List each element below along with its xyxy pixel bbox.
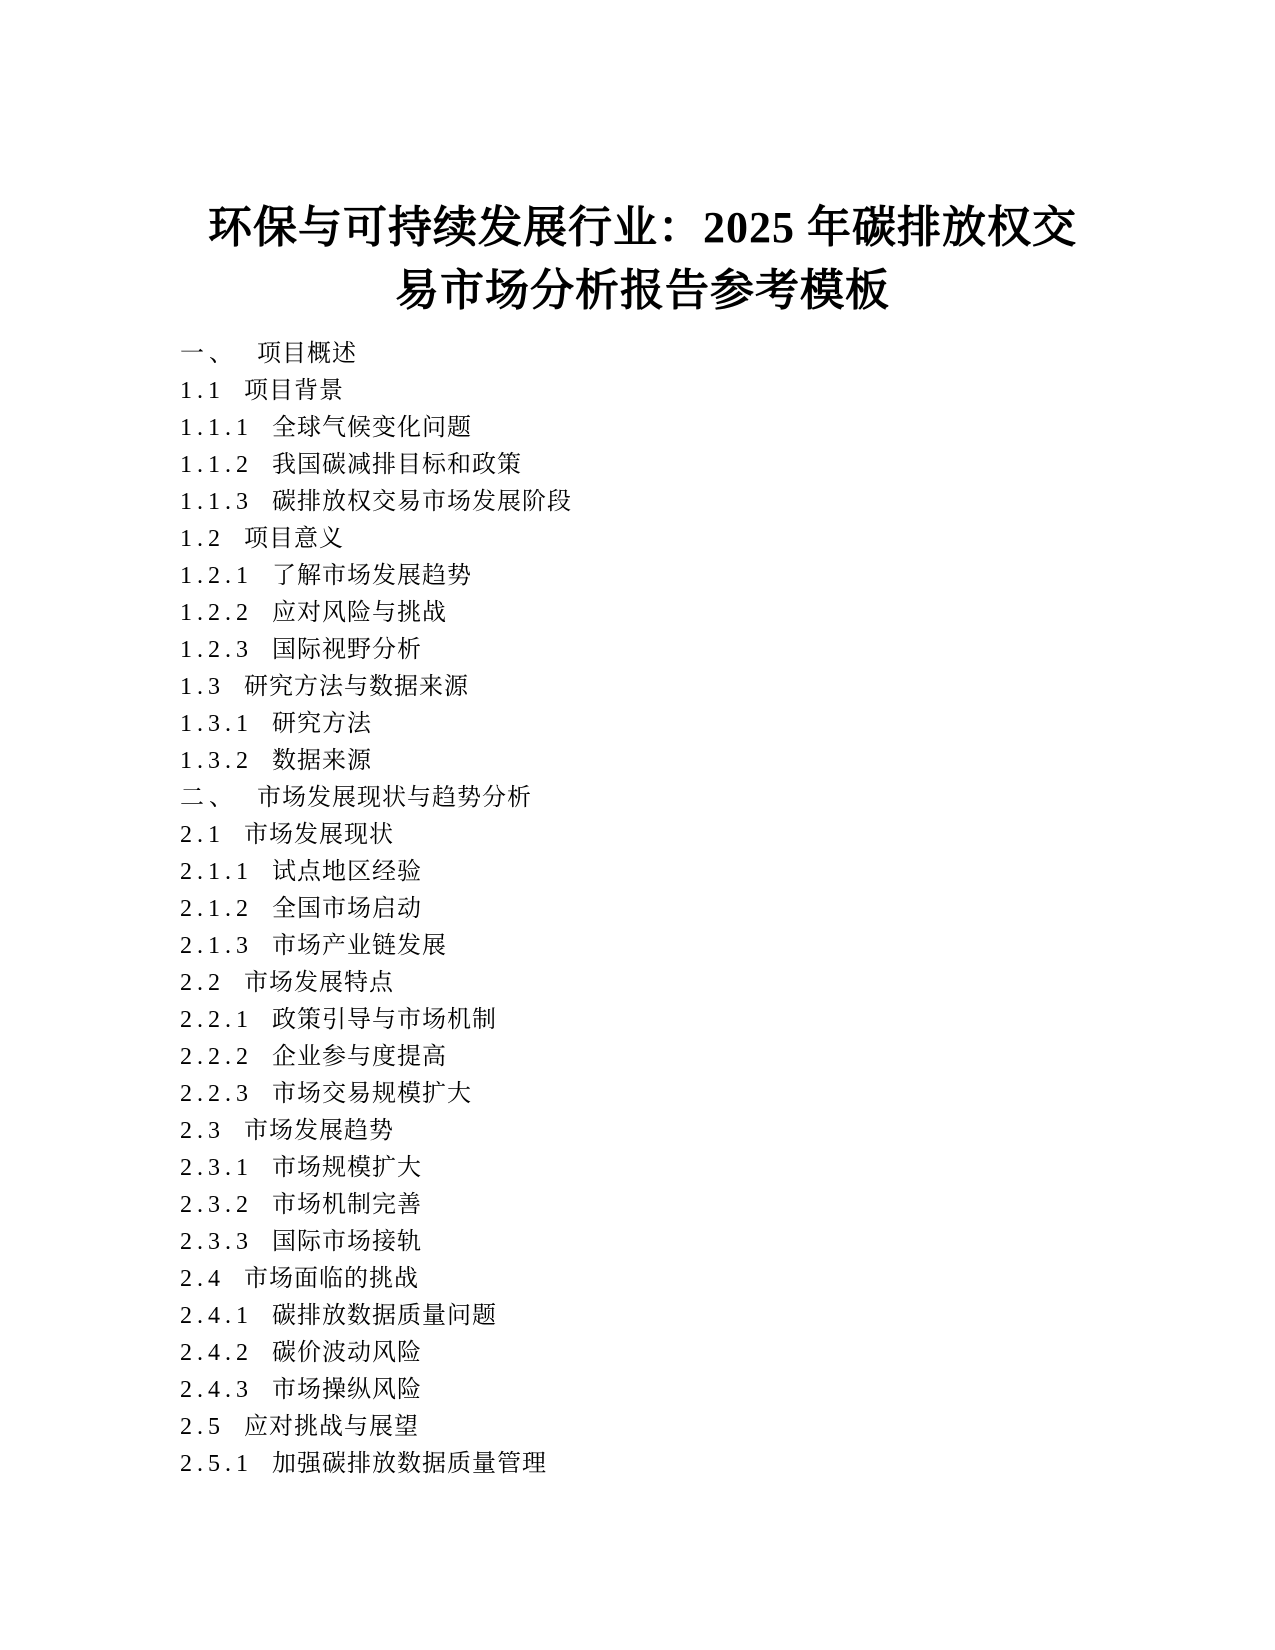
toc-item: 2.3 市场发展趋势 [180, 1113, 1105, 1150]
toc-item: 一、 项目概述 [180, 336, 1105, 373]
toc-item: 1.2.2 应对风险与挑战 [180, 595, 1105, 632]
toc-item: 1.2.3 国际视野分析 [180, 632, 1105, 669]
toc-item-label: 企业参与度提高 [272, 1044, 447, 1070]
toc-item: 2.3.3 国际市场接轨 [180, 1224, 1105, 1261]
toc-item-number: 2.1.1 [180, 859, 253, 885]
toc-item-number: 1.2.3 [180, 637, 253, 663]
toc-item-number: 2.1 [180, 822, 225, 848]
toc-item: 1.3 研究方法与数据来源 [180, 669, 1105, 706]
toc-item-label: 研究方法 [272, 711, 372, 737]
toc-item: 2.4.3 市场操纵风险 [180, 1372, 1105, 1409]
toc-item-label: 应对风险与挑战 [272, 600, 447, 626]
document-page: 环保与可持续发展行业：2025 年碳排放权交 易市场分析报告参考模板 一、 项目… [0, 0, 1275, 1650]
toc-item-number: 1.1.3 [180, 489, 253, 515]
toc-item-number: 1.3.2 [180, 748, 253, 774]
toc-item-label: 项目意义 [244, 526, 344, 552]
toc-item-label: 市场发展现状与趋势分析 [257, 785, 532, 811]
toc-item-label: 市场机制完善 [272, 1192, 422, 1218]
toc-item-label: 市场规模扩大 [272, 1155, 422, 1181]
toc-item-label: 国际视野分析 [272, 637, 422, 663]
toc-item-label: 政策引导与市场机制 [272, 1007, 497, 1033]
toc-item-number: 2.2.2 [180, 1044, 253, 1070]
toc-item-number: 2.4.1 [180, 1303, 253, 1329]
toc-item: 二、 市场发展现状与趋势分析 [180, 780, 1105, 817]
toc-item-number: 二、 [180, 785, 238, 811]
toc-item-label: 国际市场接轨 [272, 1229, 422, 1255]
toc-item: 1.2 项目意义 [180, 521, 1105, 558]
toc-item-label: 研究方法与数据来源 [244, 674, 469, 700]
toc-item: 2.4 市场面临的挑战 [180, 1261, 1105, 1298]
toc-item-number: 2.3.3 [180, 1229, 253, 1255]
toc-item-label: 市场发展趋势 [244, 1118, 394, 1144]
toc-item-label: 加强碳排放数据质量管理 [272, 1451, 547, 1477]
toc-item-label: 全球气候变化问题 [272, 415, 472, 441]
toc-item: 2.3.2 市场机制完善 [180, 1187, 1105, 1224]
toc-item: 1.1.3 碳排放权交易市场发展阶段 [180, 484, 1105, 521]
toc-item-label: 数据来源 [272, 748, 372, 774]
toc-item: 2.4.2 碳价波动风险 [180, 1335, 1105, 1372]
toc-item-number: 2.1.2 [180, 896, 253, 922]
toc-item-number: 2.4 [180, 1266, 225, 1292]
toc-item-label: 应对挑战与展望 [244, 1414, 419, 1440]
table-of-contents: 一、 项目概述 1.1 项目背景 1.1.1 全球气候变化问题 1.1.2 我国… [180, 336, 1105, 1483]
toc-item: 2.1.1 试点地区经验 [180, 854, 1105, 891]
page-title: 环保与可持续发展行业：2025 年碳排放权交 易市场分析报告参考模板 [180, 196, 1105, 322]
toc-item-number: 2.3.2 [180, 1192, 253, 1218]
toc-item: 1.2.1 了解市场发展趋势 [180, 558, 1105, 595]
toc-item-number: 2.3.1 [180, 1155, 253, 1181]
toc-item-label: 市场产业链发展 [272, 933, 447, 959]
toc-item: 1.1 项目背景 [180, 373, 1105, 410]
toc-item-label: 项目概述 [257, 341, 357, 367]
toc-item-number: 2.4.3 [180, 1377, 253, 1403]
toc-item-label: 市场操纵风险 [272, 1377, 422, 1403]
toc-item-label: 市场发展现状 [244, 822, 394, 848]
toc-item-label: 市场发展特点 [244, 970, 394, 996]
toc-item: 2.3.1 市场规模扩大 [180, 1150, 1105, 1187]
toc-item: 2.2.1 政策引导与市场机制 [180, 1002, 1105, 1039]
toc-item-label: 碳价波动风险 [272, 1340, 422, 1366]
page-title-line-1: 环保与可持续发展行业：2025 年碳排放权交 [180, 196, 1105, 259]
toc-item-number: 1.2 [180, 526, 225, 552]
toc-item: 2.1.2 全国市场启动 [180, 891, 1105, 928]
toc-item-number: 1.2.2 [180, 600, 253, 626]
toc-item-number: 1.1.2 [180, 452, 253, 478]
toc-item-number: 1.3.1 [180, 711, 253, 737]
toc-item: 2.1.3 市场产业链发展 [180, 928, 1105, 965]
toc-item-number: 2.1.3 [180, 933, 253, 959]
toc-item: 2.2.3 市场交易规模扩大 [180, 1076, 1105, 1113]
toc-item-label: 市场面临的挑战 [244, 1266, 419, 1292]
toc-item: 2.5.1 加强碳排放数据质量管理 [180, 1446, 1105, 1483]
toc-item-number: 1.2.1 [180, 563, 253, 589]
toc-item: 1.1.2 我国碳减排目标和政策 [180, 447, 1105, 484]
toc-item: 2.2.2 企业参与度提高 [180, 1039, 1105, 1076]
toc-item-number: 2.5 [180, 1414, 225, 1440]
toc-item: 2.4.1 碳排放数据质量问题 [180, 1298, 1105, 1335]
toc-item-label: 项目背景 [244, 378, 344, 404]
toc-item-number: 1.1 [180, 378, 225, 404]
toc-item-label: 碳排放数据质量问题 [272, 1303, 497, 1329]
toc-item: 2.5 应对挑战与展望 [180, 1409, 1105, 1446]
toc-item-number: 2.2 [180, 970, 225, 996]
toc-item-label: 试点地区经验 [272, 859, 422, 885]
toc-item-number: 1.3 [180, 674, 225, 700]
toc-item-number: 2.4.2 [180, 1340, 253, 1366]
toc-item-label: 全国市场启动 [272, 896, 422, 922]
toc-item-number: 2.2.1 [180, 1007, 253, 1033]
toc-item-number: 2.5.1 [180, 1451, 253, 1477]
toc-item-label: 碳排放权交易市场发展阶段 [272, 489, 572, 515]
toc-item: 1.3.2 数据来源 [180, 743, 1105, 780]
toc-item: 1.1.1 全球气候变化问题 [180, 410, 1105, 447]
toc-item-number: 2.3 [180, 1118, 225, 1144]
toc-item: 2.1 市场发展现状 [180, 817, 1105, 854]
toc-item-number: 2.2.3 [180, 1081, 253, 1107]
toc-item-label: 市场交易规模扩大 [272, 1081, 472, 1107]
toc-item-label: 了解市场发展趋势 [272, 563, 472, 589]
toc-item: 1.3.1 研究方法 [180, 706, 1105, 743]
page-title-line-2: 易市场分析报告参考模板 [180, 259, 1105, 322]
toc-item-label: 我国碳减排目标和政策 [272, 452, 522, 478]
toc-item: 2.2 市场发展特点 [180, 965, 1105, 1002]
toc-item-number: 一、 [180, 341, 238, 367]
toc-item-number: 1.1.1 [180, 415, 253, 441]
